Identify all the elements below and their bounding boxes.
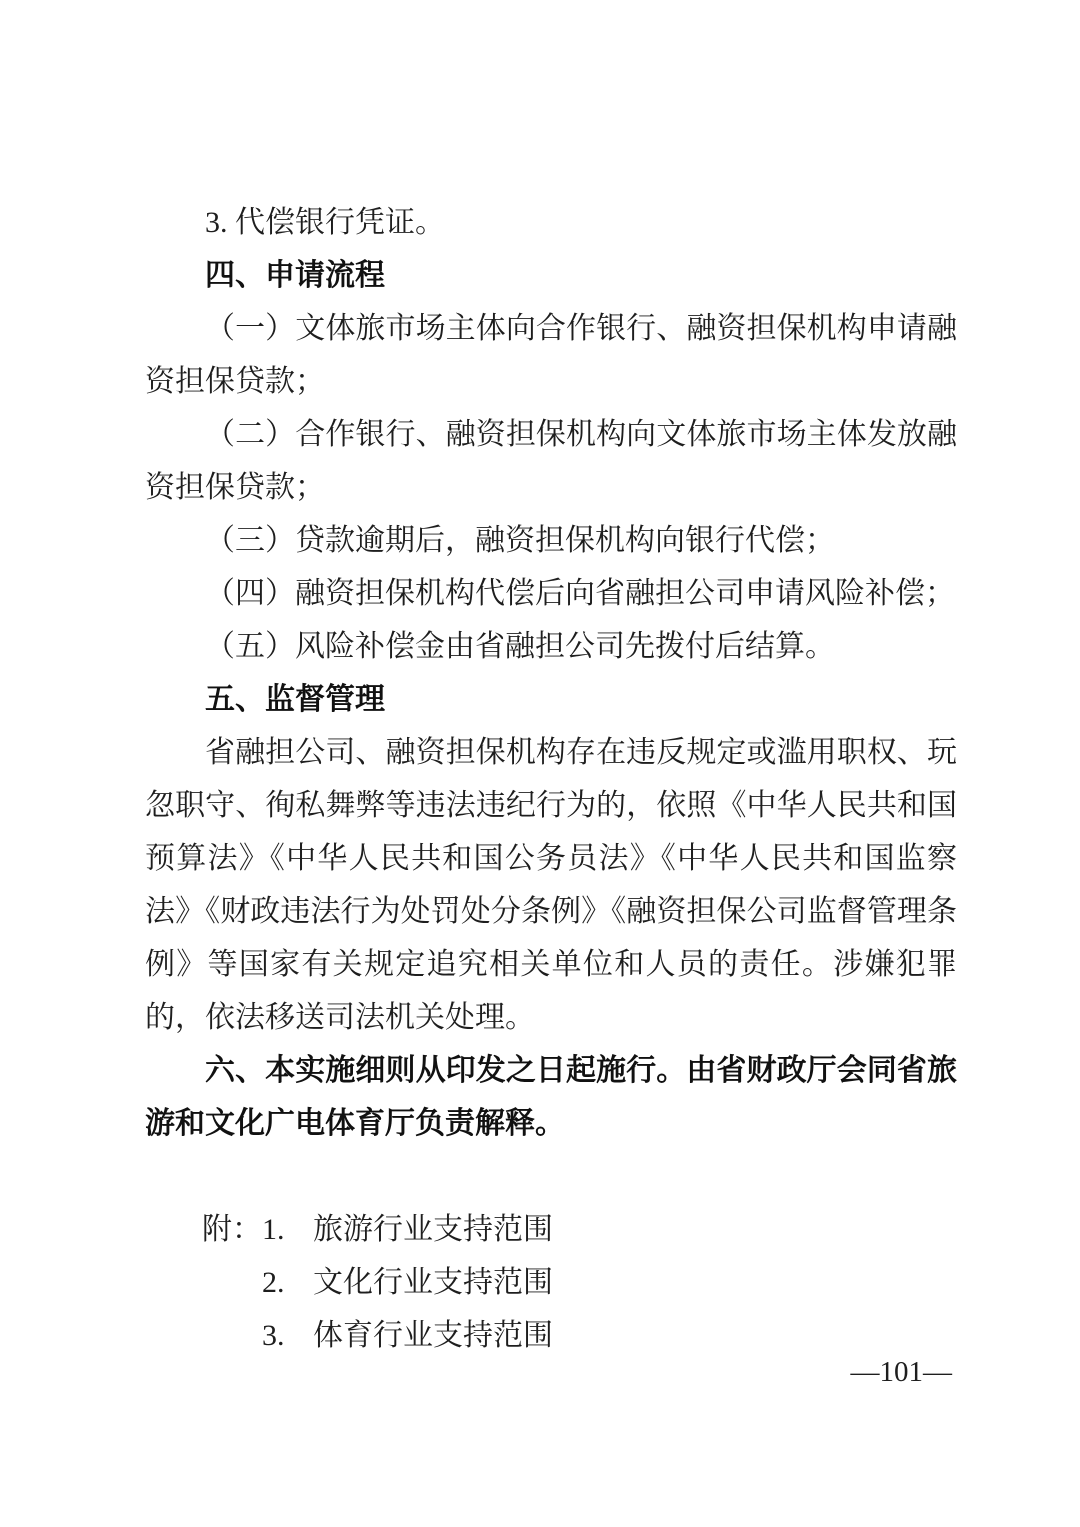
para-step-three: （三）贷款逾期后，融资担保机构向银行代偿；: [145, 514, 957, 567]
attachment-title: 文化行业支持范围: [313, 1256, 553, 1309]
para-step-four: （四）融资担保机构代偿后向省融担公司申请风险补偿；: [145, 567, 957, 620]
attachment-number: 3.: [262, 1309, 313, 1362]
attachment-item: 2. 文化行业支持范围: [145, 1256, 957, 1309]
attachment-label: 附：: [202, 1203, 262, 1256]
para-supervision-body: 省融担公司、融资担保机构存在违反规定或滥用职权、玩忽职守、徇私舞弊等违法违纪行为…: [145, 726, 957, 1044]
document-page: 3. 代偿银行凭证。 四、申请流程 （一）文体旅市场主体向合作银行、融资担保机构…: [0, 0, 1080, 1527]
attachment-list: 附： 1. 旅游行业支持范围 2. 文化行业支持范围 3. 体育行业支持范围: [145, 1203, 957, 1362]
attachment-title: 旅游行业支持范围: [313, 1203, 553, 1256]
para-section-six-implementation: 六、本实施细则从印发之日起施行。由省财政厅会同省旅游和文化广电体育厅负责解释。: [145, 1044, 957, 1150]
document-body: 3. 代偿银行凭证。 四、申请流程 （一）文体旅市场主体向合作银行、融资担保机构…: [145, 196, 957, 1362]
attachment-item: 附： 1. 旅游行业支持范围: [145, 1203, 957, 1256]
attachment-number: 1.: [262, 1203, 313, 1256]
heading-section-five-supervision: 五、监督管理: [145, 673, 957, 726]
heading-section-four-application-process: 四、申请流程: [145, 249, 957, 302]
list-item-3-bank-voucher: 3. 代偿银行凭证。: [145, 196, 957, 249]
attachment-title: 体育行业支持范围: [313, 1309, 553, 1362]
attachment-item: 3. 体育行业支持范围: [145, 1309, 957, 1362]
para-step-two: （二）合作银行、融资担保机构向文体旅市场主体发放融资担保贷款；: [145, 408, 957, 514]
attachment-number: 2.: [262, 1256, 313, 1309]
para-step-five: （五）风险补偿金由省融担公司先拨付后结算。: [145, 620, 957, 673]
para-step-one: （一）文体旅市场主体向合作银行、融资担保机构申请融资担保贷款；: [145, 302, 957, 408]
page-number: —101—: [851, 1352, 953, 1392]
